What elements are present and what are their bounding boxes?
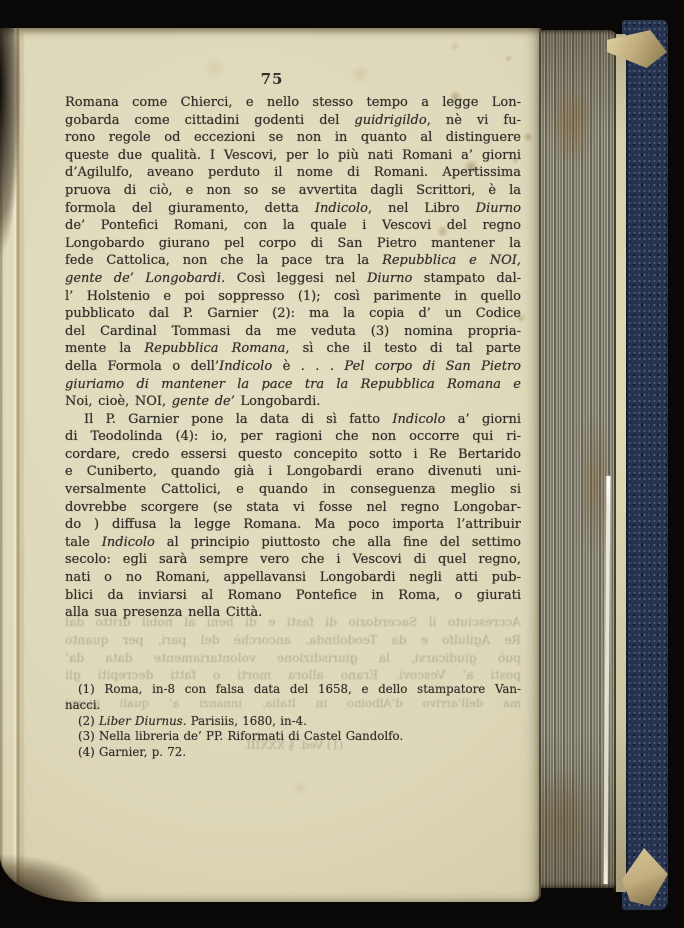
text-line: blici da inviarsi al Romano Pontefice in…: [65, 587, 521, 605]
text-segment: (3) Nella libreria de’ PP. Riformati di …: [78, 729, 403, 743]
text-line: secolo: egli sarà sempre vero che i Vesc…: [65, 551, 521, 569]
text-line: versalmente Cattolici, e quando in conse…: [65, 481, 521, 499]
text-segment: guidrigildo: [354, 113, 426, 128]
text-line: di Teodolinda (4): io, per ragioni che n…: [65, 428, 521, 446]
text-line: mente la Repubblica Romana, sì che il te…: [65, 340, 521, 358]
text-line: pruova di ciò, e non so se avvertita dag…: [65, 182, 521, 200]
paragraph: (2) Liber Diurnus. Parisiis, 1680, in-4.: [65, 714, 521, 730]
text-segment: al principio piuttosto che alla fine del…: [155, 535, 521, 550]
show-through-line: può giudicarsi, la giurisdizione volonta…: [65, 650, 521, 668]
text-segment: stampato dal-: [412, 271, 521, 286]
text-segment: nacci.: [65, 698, 100, 712]
text-line: Il P. Garnier pone la data di sì fatto I…: [65, 411, 521, 429]
text-line: del Cardinal Tommasi da me veduta (3) no…: [65, 323, 521, 341]
text-segment: tale: [65, 535, 102, 550]
text-segment: Diurno: [367, 271, 412, 286]
paragraph: (3) Nella libreria de’ PP. Riformati di …: [65, 729, 521, 745]
text-segment: secolo: egli sarà sempre vero che i Vesc…: [65, 552, 521, 567]
text-segment: Indicolo: [392, 412, 445, 427]
text-segment: Indicolo: [219, 359, 272, 374]
text-segment: , nè vi fu-: [427, 113, 521, 128]
text-segment: Diurno: [476, 201, 521, 216]
text-line: Noi, cioè, NOI, gente de’ Longobardi.: [65, 393, 521, 411]
text-line: tale Indicolo al principio piuttosto che…: [65, 534, 521, 552]
text-line: rono regole od eccezioni se non in quant…: [65, 129, 521, 147]
text-segment: Il P. Garnier pone la data di sì fatto: [84, 412, 392, 427]
text-line: alla sua presenza nella Città.: [65, 604, 521, 622]
foxing-spot: [522, 131, 534, 143]
text-segment: Indicolo: [315, 201, 368, 216]
text-segment: l’ Holstenio e poi soppresso (1); così p…: [65, 289, 521, 304]
text-segment: . Parisiis, 1680, in-4.: [183, 714, 307, 728]
text-line: e Cuniberto, quando già i Longobardi era…: [65, 463, 521, 481]
text-line: de’ Pontefici Romani, con la quale i Ves…: [65, 217, 521, 235]
text-segment: Repubblica e NOI,: [382, 253, 521, 268]
book-page: Accresciuto il Sacerdozio di fasti e di …: [0, 28, 541, 902]
text-line: dovrebbe scorgere (se stata vi fosse nel…: [65, 499, 521, 517]
text-line: l’ Holstenio e poi soppresso (1); così p…: [65, 288, 521, 306]
paragraph: (4) Garnier, p. 72.: [65, 745, 521, 761]
paragraph: (1) Roma, in-8 con falsa data del 1658, …: [65, 682, 521, 714]
text-line: (2) Liber Diurnus. Parisiis, 1680, in-4.: [65, 714, 521, 730]
text-segment: formola del giuramento, detta: [65, 201, 315, 216]
text-segment: Noi, cioè, NOI,: [65, 394, 172, 409]
text-segment: pubblicato dal P. Garnier (2): ma la cop…: [65, 306, 521, 321]
text-line: nati o no Romani, appellavansi Longobard…: [65, 569, 521, 587]
main-text: Romana come Chierci, e nello stesso temp…: [65, 94, 521, 622]
book-photo: Accresciuto il Sacerdozio di fasti e di …: [0, 0, 684, 928]
text-segment: fede Cattolica, non che la pace tra la: [65, 253, 382, 268]
text-segment: del Cardinal Tommasi da me veduta (3) no…: [65, 324, 521, 339]
text-segment: Liber Diurnus: [99, 714, 183, 728]
text-segment: gente de’ Longobardi.: [65, 271, 225, 286]
text-segment: gobarda come cittadini godenti del: [65, 113, 354, 128]
text-segment: gente de’: [172, 394, 235, 409]
text-segment: cordare, credo essersi questo concepito …: [65, 447, 521, 462]
foxing-spot: [291, 779, 309, 797]
text-line: pubblicato dal P. Garnier (2): ma la cop…: [65, 305, 521, 323]
text-line: gobarda come cittadini godenti del guidr…: [65, 112, 521, 130]
text-segment: , sì che il testo di tal parte: [285, 341, 521, 356]
text-segment: versalmente Cattolici, e quando in conse…: [65, 482, 521, 497]
page-number: 75: [44, 70, 500, 88]
text-segment: d’Agilulfo, aveano perduto il nome di Ro…: [65, 165, 521, 180]
text-line: (3) Nella libreria de’ PP. Riformati di …: [65, 729, 521, 745]
text-line: do ) diffusa la legge Romana. Ma poco im…: [65, 516, 521, 534]
paragraph: Il P. Garnier pone la data di sì fatto I…: [65, 411, 521, 622]
text-segment: è . . .: [272, 359, 344, 374]
text-line: nacci.: [65, 698, 521, 714]
text-segment: Longobardi.: [235, 394, 321, 409]
foxing-spot: [504, 54, 513, 63]
text-segment: nati o no Romani, appellavansi Longobard…: [65, 570, 521, 585]
text-segment: mente la: [65, 341, 144, 356]
paragraph: Romana come Chierci, e nello stesso temp…: [65, 94, 521, 411]
text-segment: Così leggesi nel: [225, 271, 367, 286]
text-segment: Longobardo giurano pel corpo di San Piet…: [65, 236, 521, 251]
text-segment: blici da inviarsi al Romano Pontefice in…: [65, 588, 521, 603]
text-segment: do ) diffusa la legge Romana. Ma poco im…: [65, 517, 521, 532]
text-segment: e Cuniberto, quando già i Longobardi era…: [65, 464, 521, 479]
text-segment: della Formola o dell’: [65, 359, 219, 374]
text-segment: (1) Roma, in-8 con falsa data del 1658, …: [78, 682, 521, 696]
text-segment: (4) Garnier, p. 72.: [78, 745, 186, 759]
text-segment: rono regole od eccezioni se non in quant…: [65, 130, 521, 145]
text-segment: Indicolo: [102, 535, 155, 550]
text-line: della Formola o dell’Indicolo è . . . Pe…: [65, 358, 521, 376]
text-line: giuriamo di mantener la pace tra la Repu…: [65, 376, 521, 394]
text-line: (1) Roma, in-8 con falsa data del 1658, …: [65, 682, 521, 698]
text-segment: Romana come Chierci, e nello stesso temp…: [65, 95, 521, 110]
foxing-spot: [449, 40, 461, 52]
text-segment: Pel corpo di San Pietro: [344, 359, 521, 374]
page-corner-shadow: [0, 832, 140, 902]
book-cover: [622, 20, 668, 910]
text-line: fede Cattolica, non che la pace tra la R…: [65, 252, 521, 270]
text-segment: giuriamo di mantener la pace tra la Repu…: [65, 377, 521, 392]
text-line: Longobardo giurano pel corpo di San Piet…: [65, 235, 521, 253]
text-segment: dovrebbe scorgere (se stata vi fosse nel…: [65, 500, 521, 515]
text-segment: Repubblica Romana: [144, 341, 285, 356]
text-segment: a’ giorni: [445, 412, 521, 427]
text-segment: de’ Pontefici Romani, con la quale i Ves…: [65, 218, 521, 233]
text-segment: alla sua presenza nella Città.: [65, 605, 262, 620]
text-line: formola del giuramento, detta Indicolo, …: [65, 200, 521, 218]
text-segment: queste due qualità. I Vescovi, per lo pi…: [65, 148, 521, 163]
text-line: (4) Garnier, p. 72.: [65, 745, 521, 761]
text-line: Romana come Chierci, e nello stesso temp…: [65, 94, 521, 112]
text-segment: , nel Libro: [368, 201, 476, 216]
text-segment: (2): [78, 714, 99, 728]
text-segment: di Teodolinda (4): io, per ragioni che n…: [65, 429, 521, 444]
text-line: queste due qualità. I Vescovi, per lo pi…: [65, 147, 521, 165]
show-through-line: Re Agilulfo e da Teodolinda, ancorchè de…: [65, 632, 521, 650]
text-line: d’Agilulfo, aveano perduto il nome di Ro…: [65, 164, 521, 182]
text-line: gente de’ Longobardi. Così leggesi nel D…: [65, 270, 521, 288]
cover-hinge-highlight: [616, 34, 626, 892]
text-line: cordare, credo essersi questo concepito …: [65, 446, 521, 464]
show-through-text: Accresciuto il Sacerdozio di fasti e di …: [65, 614, 521, 685]
text-segment: pruova di ciò, e non so se avvertita dag…: [65, 183, 521, 198]
footnotes: (1) Roma, in-8 con falsa data del 1658, …: [65, 682, 521, 761]
